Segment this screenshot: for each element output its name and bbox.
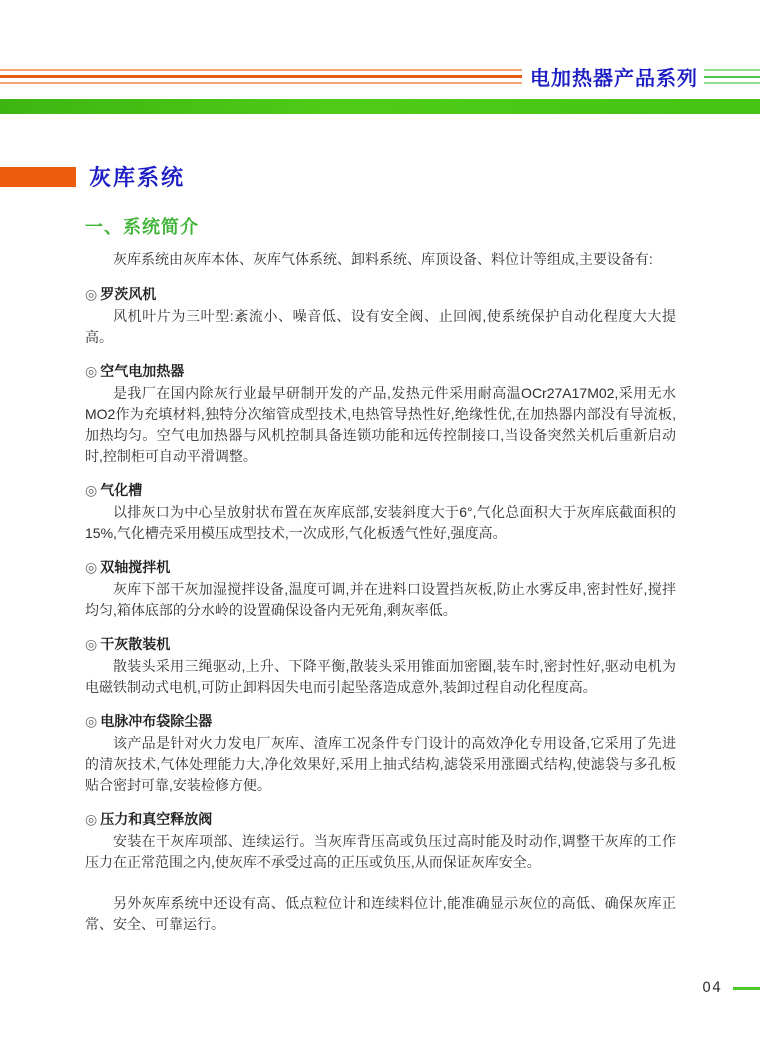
orange-rule-line-middle [0,75,522,78]
bullet-icon: ◎ [85,482,97,498]
equipment-heading: ◎空气电加热器 [85,361,676,382]
equipment-heading: ◎罗茨风机 [85,284,676,305]
header-rule-right [704,69,760,84]
equipment-section: ◎双轴搅拌机 灰库下部干灰加湿搅拌设备,温度可调,并在进料口设置挡灰板,防止水雾… [85,557,676,621]
equipment-heading: ◎双轴搅拌机 [85,557,676,578]
orange-rule-line-bottom [0,82,522,84]
equipment-description: 散装头采用三绳驱动,上升、下降平衡,散装头采用锥面加密圈,装车时,密封性好,驱动… [85,656,676,698]
equipment-list: ◎罗茨风机 风机叶片为三叶型:紊流小、噪音低、设有安全阀、止回阀,使系统保护自动… [85,284,676,873]
orange-rule-line-top [0,69,522,71]
equipment-name: 气化槽 [100,482,142,498]
footer-green-line [733,987,760,990]
bullet-icon: ◎ [85,559,97,575]
equipment-description: 以排灰口为中心呈放射状布置在灰库底部,安装斜度大于6°,气化总面积大于灰库底截面… [85,502,676,544]
bullet-icon: ◎ [85,363,97,379]
bullet-icon: ◎ [85,636,97,652]
page-number: 04 [702,980,722,996]
green-rule-line-middle [704,76,760,78]
intro-paragraph: 灰库系统由灰库本体、灰库气体系统、卸料系统、库顶设备、料位计等组成,主要设备有: [85,249,676,270]
header-green-bar [0,99,760,114]
equipment-description: 是我厂在国内除灰行业最早研制开发的产品,发热元件采用耐高温OCr27A17M02… [85,383,676,467]
equipment-name: 干灰散装机 [100,636,170,652]
equipment-name: 空气电加热器 [100,363,184,379]
equipment-section: ◎空气电加热器 是我厂在国内除灰行业最早研制开发的产品,发热元件采用耐高温OCr… [85,361,676,467]
section-heading-intro: 一、系统简介 [85,217,676,238]
main-content: 一、系统简介 灰库系统由灰库本体、灰库气体系统、卸料系统、库顶设备、料位计等组成… [85,217,676,935]
equipment-section: ◎气化槽 以排灰口为中心呈放射状布置在灰库底部,安装斜度大于6°,气化总面积大于… [85,480,676,544]
title-row: 灰库系统 [0,161,760,192]
bullet-icon: ◎ [85,713,97,729]
equipment-name: 电脉冲布袋除尘器 [100,713,212,729]
equipment-name: 双轴搅拌机 [100,559,170,575]
header: 电加热器产品系列 [0,62,760,91]
equipment-description: 风机叶片为三叶型:紊流小、噪音低、设有安全阀、止回阀,使系统保护自动化程度大大提… [85,306,676,348]
series-title: 电加热器产品系列 [530,62,698,91]
equipment-heading: ◎气化槽 [85,480,676,501]
equipment-description: 灰库下部干灰加湿搅拌设备,温度可调,并在进料口设置挡灰板,防止水雾反串,密封性好… [85,579,676,621]
equipment-heading: ◎电脉冲布袋除尘器 [85,711,676,732]
equipment-section: ◎电脉冲布袋除尘器 该产品是针对火力发电厂灰库、渣库工况条件专门设计的高效净化专… [85,711,676,796]
equipment-name: 罗茨风机 [100,286,156,302]
bullet-icon: ◎ [85,286,97,302]
bullet-icon: ◎ [85,811,97,827]
equipment-section: ◎压力和真空释放阀 安装在干灰库项部、连续运行。当灰库背压高或负压过高时能及时动… [85,809,676,873]
title-orange-block [0,167,76,187]
equipment-section: ◎罗茨风机 风机叶片为三叶型:紊流小、噪音低、设有安全阀、止回阀,使系统保护自动… [85,284,676,348]
equipment-description: 该产品是针对火力发电厂灰库、渣库工况条件专门设计的高效净化专用设备,它采用了先进… [85,733,676,796]
equipment-heading: ◎压力和真空释放阀 [85,809,676,830]
equipment-section: ◎干灰散装机 散装头采用三绳驱动,上升、下降平衡,散装头采用锥面加密圈,装车时,… [85,634,676,698]
page-title: 灰库系统 [89,161,185,192]
footer: 04 [702,980,760,996]
header-rule-left [0,69,522,84]
closing-paragraph: 另外灰库系统中还设有高、低点粒位计和连续料位计,能准确显示灰位的高低、确保灰库正… [85,893,676,935]
equipment-heading: ◎干灰散装机 [85,634,676,655]
equipment-description: 安装在干灰库项部、连续运行。当灰库背压高或负压过高时能及时动作,调整干灰库的工作… [85,831,676,873]
green-rule-line-bottom [704,82,760,84]
green-rule-line-top [704,69,760,71]
equipment-name: 压力和真空释放阀 [100,811,212,827]
